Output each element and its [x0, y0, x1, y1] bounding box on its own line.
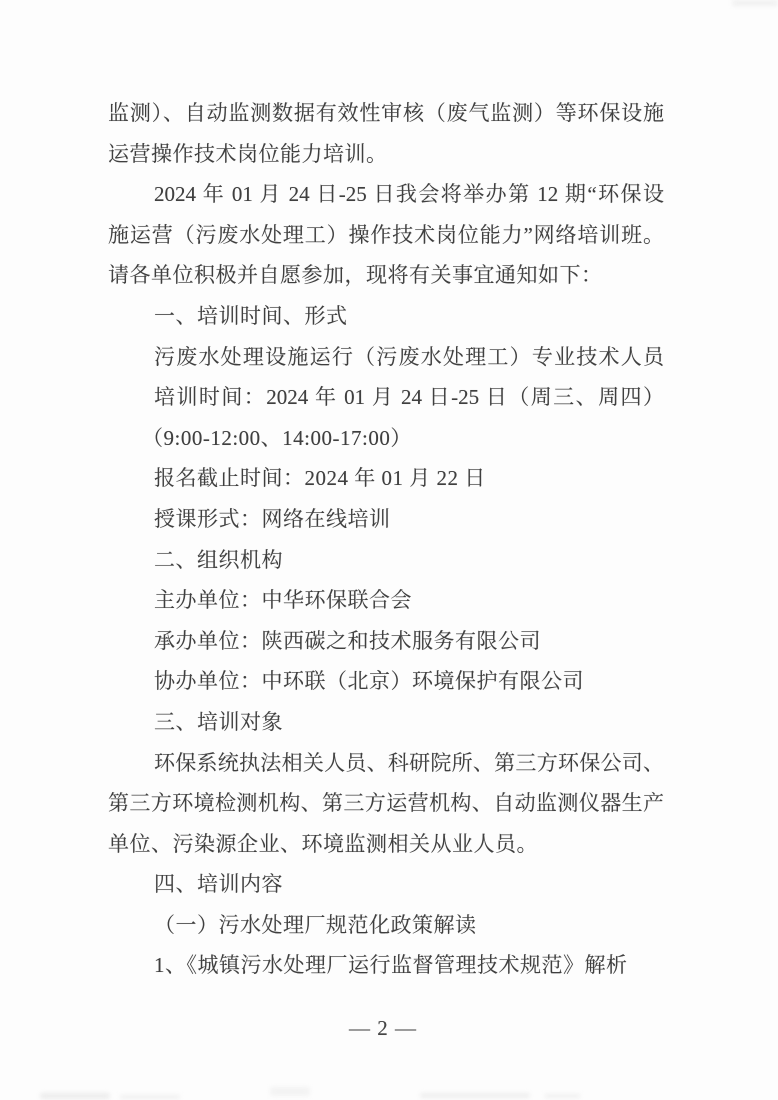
doc-line: 环保系统执法相关人员、科研院所、第三方环保公司、 — [108, 743, 664, 784]
scan-smudge-bottom — [270, 1087, 310, 1096]
scan-smudge-bottom — [120, 1095, 180, 1099]
doc-line: 2024 年 01 月 24 日-25 日我会将举办第 12 期“环保设 — [108, 174, 664, 215]
doc-line: 授课形式：网络在线培训 — [108, 499, 664, 540]
doc-line: 1、《城镇污水处理厂运行监督管理技术规范》解析 — [108, 945, 664, 986]
doc-line: 请各单位积极并自愿参加，现将有关事宜通知如下： — [108, 255, 664, 296]
doc-line: 报名截止时间：2024 年 01 月 22 日 — [108, 458, 664, 499]
document-body: 监测）、自动监测数据有效性审核（废气监测）等环保设施 运营操作技术岗位能力培训。… — [108, 93, 664, 986]
section-heading: 二、组织机构 — [108, 540, 664, 581]
doc-line: 协办单位：中环联（北京）环境保护有限公司 — [108, 661, 664, 702]
scan-smudge-bottom — [420, 1093, 530, 1098]
section-heading: 三、培训对象 — [108, 702, 664, 743]
page-number: — 2 — — [0, 1014, 766, 1042]
doc-line: 施运营（污废水处理工）操作技术岗位能力”网络培训班。 — [108, 215, 664, 256]
section-heading: 一、培训时间、形式 — [108, 296, 664, 337]
doc-line: 运营操作技术岗位能力培训。 — [108, 134, 664, 175]
scan-smudge-bottom — [545, 1094, 580, 1098]
doc-line: （9:00-12:00、14:00-17:00） — [108, 418, 664, 459]
doc-line: 培训时间：2024 年 01 月 24 日-25 日（周三、周四） — [108, 377, 664, 418]
doc-line: 单位、污染源企业、环境监测相关从业人员。 — [108, 824, 664, 865]
doc-line: 承办单位：陕西碳之和技术服务有限公司 — [108, 621, 664, 662]
section-heading: 四、培训内容 — [108, 864, 664, 905]
doc-line: 主办单位：中华环保联合会 — [108, 580, 664, 621]
doc-line: 监测）、自动监测数据有效性审核（废气监测）等环保设施 — [108, 93, 664, 134]
doc-line: 污废水处理设施运行（污废水处理工）专业技术人员 — [108, 337, 664, 378]
document-page: 监测）、自动监测数据有效性审核（废气监测）等环保设施 运营操作技术岗位能力培训。… — [0, 0, 778, 1100]
scan-smudge-top-right — [732, 0, 778, 6]
scan-smudge-bottom — [40, 1093, 110, 1099]
doc-line: 第三方环境检测机构、第三方运营机构、自动监测仪器生产 — [108, 783, 664, 824]
subsection-heading: （一）污水处理厂规范化政策解读 — [108, 905, 664, 946]
